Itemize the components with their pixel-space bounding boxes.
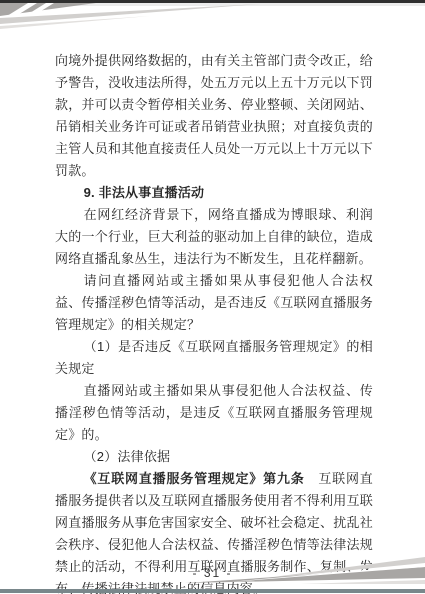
question-paragraph: 请问直播网站或主播如果从事侵犯他人合法权益、传播淫秽色情等活动，是否违反《互联网…	[55, 270, 373, 336]
intro-paragraph: 在网红经济背景下，网络直播成为博眼球、利润大的一个行业，巨大利益的驱动加上自律的…	[55, 204, 373, 270]
item2-heading: （2）法律依据	[55, 446, 373, 468]
section-heading: 9. 非法从事直播活动	[55, 182, 373, 204]
legal-article-title: 《互联网直播服务管理规定》第九条	[84, 471, 305, 486]
continuation-paragraph: 向境外提供网络数据的，由有关主管部门责令改正，给予警告，没收违法所得，处五万元以…	[55, 50, 373, 182]
item1-heading: （1）是否违反《互联网直播服务管理规定》的相关规定	[55, 336, 373, 380]
item1-answer: 直播网站或主播如果从事侵犯他人合法权益、传播淫秽色情等活动，是违反《互联网直播服…	[55, 380, 373, 446]
bottom-edge-border	[0, 589, 425, 593]
top-left-ribbon-decoration	[0, 3, 425, 35]
document-page: 向境外提供网络数据的，由有关主管部门责令改正，给予警告，没收违法所得，处五万元以…	[0, 0, 425, 594]
bottom-right-ribbon-decoration	[0, 553, 425, 589]
page-text-block: 向境外提供网络数据的，由有关主管部门责令改正，给予警告，没收违法所得，处五万元以…	[55, 50, 373, 594]
